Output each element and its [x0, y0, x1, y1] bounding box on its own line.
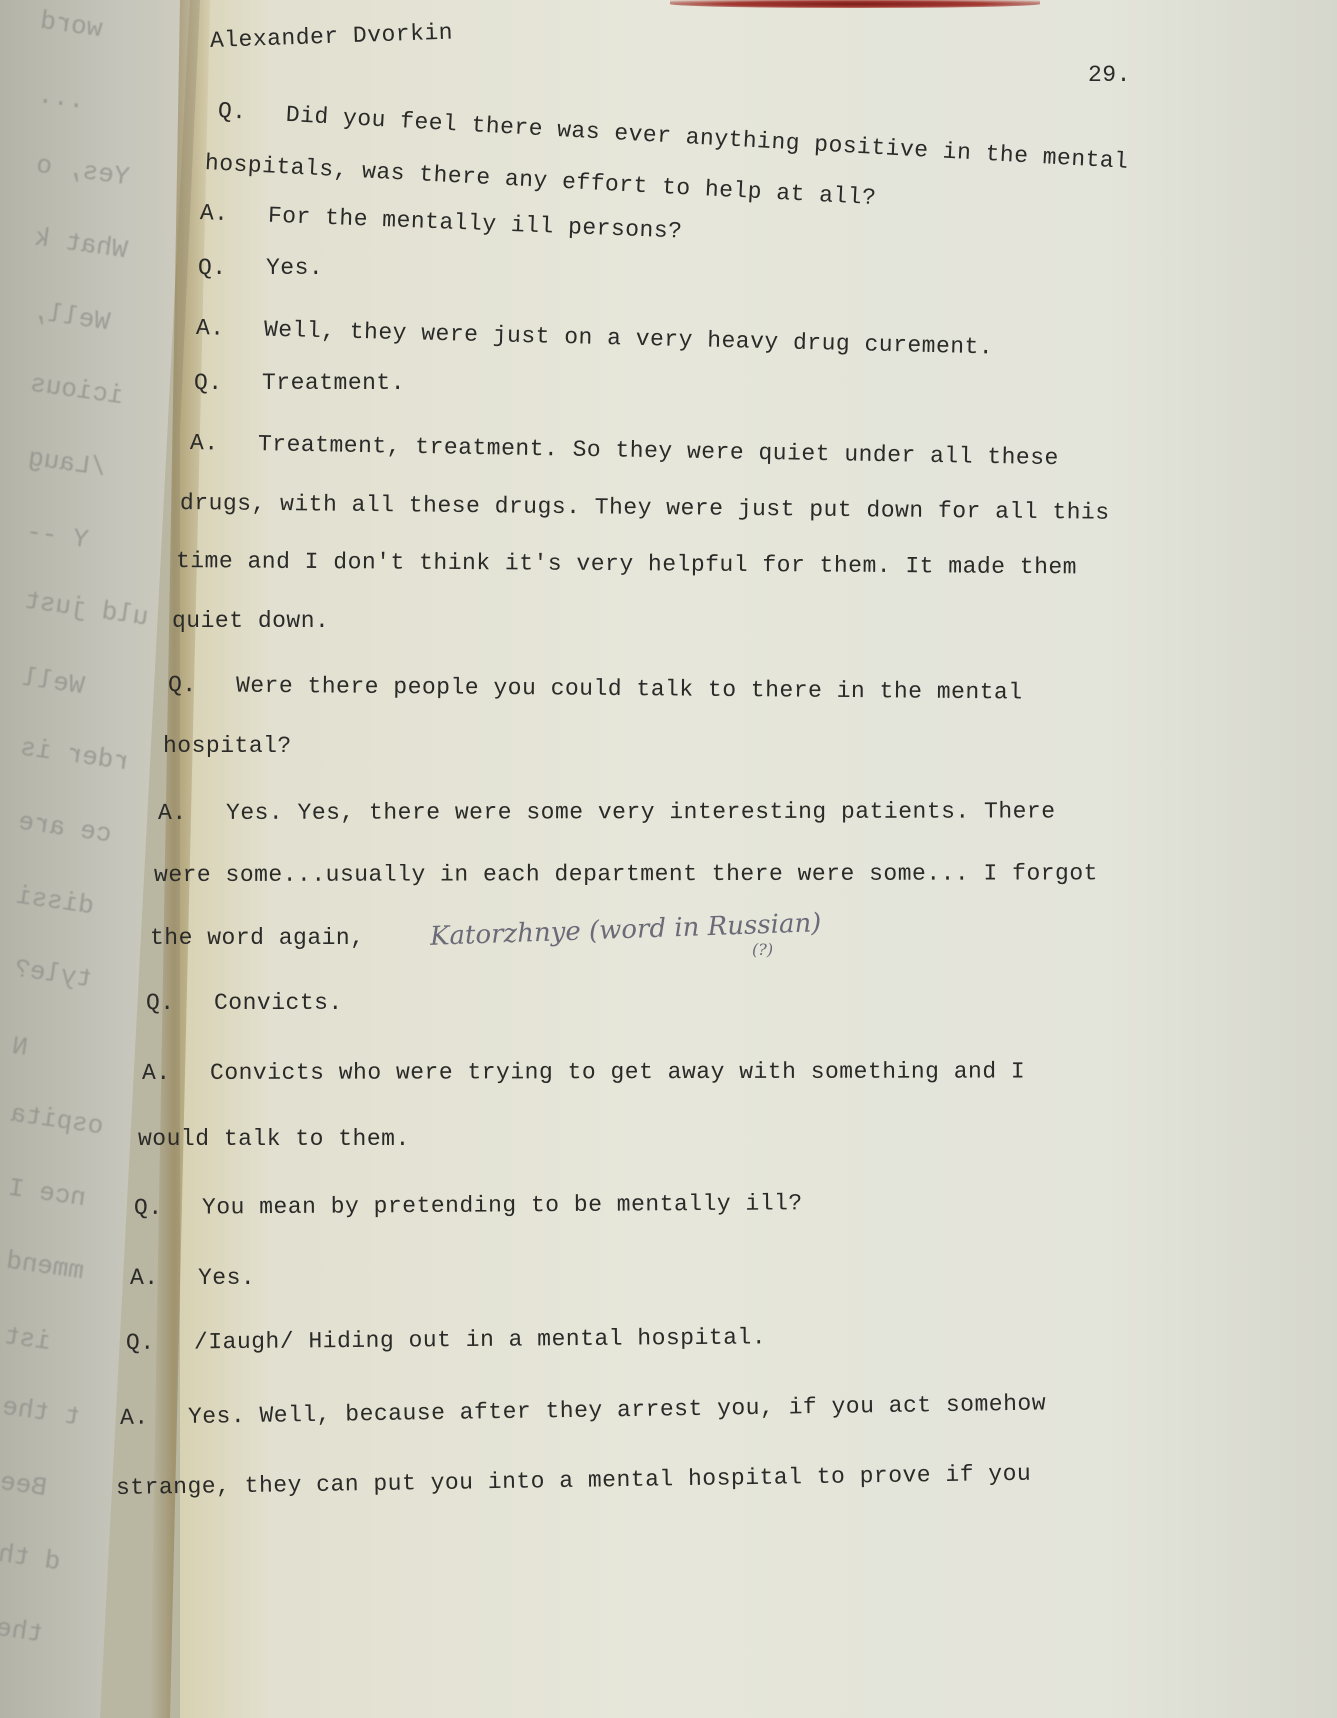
- line-text: Yes. Yes, there were some very interesti…: [226, 798, 1056, 825]
- speaker-label: Q.: [198, 255, 266, 281]
- facing-page-ghost-text: ist: [2, 1321, 53, 1357]
- speaker-label: Q.: [126, 1329, 194, 1356]
- question-line: Q.You mean by pretending to be mentally …: [134, 1190, 803, 1221]
- line-text: Convicts.: [214, 990, 343, 1016]
- question-line: Q.Convicts.: [146, 990, 343, 1016]
- facing-page-ghost-text: tyle?: [12, 954, 93, 995]
- speaker-label: A.: [190, 430, 258, 457]
- continuation-line: quiet down.: [172, 608, 329, 634]
- red-cover-edge: [670, 0, 1040, 8]
- facing-page-ghost-text: ...: [36, 80, 87, 116]
- facing-page-ghost-text: nce I: [6, 1173, 87, 1214]
- question-line: Q.Yes.: [198, 255, 323, 281]
- facing-page-ghost-text: t the: [0, 1392, 81, 1433]
- facing-page-ghost-text: Bee: [0, 1467, 49, 1503]
- facing-page-ghost-text: dissi: [14, 881, 95, 922]
- handwritten-query-mark: (?): [752, 940, 773, 959]
- line-text: hospital?: [163, 733, 292, 759]
- speaker-label: Q.: [194, 370, 262, 396]
- speaker-label: Q.: [217, 98, 286, 128]
- page-number: 29.: [1088, 62, 1131, 88]
- line-text: Yes.: [198, 1265, 255, 1291]
- facing-page-ghost-text: icious: [28, 369, 125, 412]
- facing-page-ghost-text: ce are: [16, 807, 113, 850]
- question-line: Q.Treatment.: [194, 370, 405, 396]
- speaker-label: A.: [158, 800, 226, 826]
- line-text: /Iaugh/ Hiding out in a mental hospital.: [194, 1324, 766, 1355]
- facing-page-ghost-text: What k: [32, 223, 129, 266]
- answer-line: A.Yes. Yes, there were some very interes…: [158, 798, 1056, 826]
- line-text: Convicts who were trying to get away wit…: [210, 1058, 1025, 1085]
- line-text: were some...usually in each department t…: [154, 860, 1098, 888]
- line-text: Treatment.: [262, 370, 405, 396]
- facing-page-ghost-text: uld just: [23, 585, 151, 632]
- answer-line: A.Convicts who were trying to get away w…: [142, 1058, 1025, 1086]
- speaker-label: Q.: [146, 990, 214, 1016]
- line-text: quiet down.: [172, 608, 329, 634]
- speaker-label: A.: [200, 200, 269, 229]
- line-text: the word again,: [150, 925, 365, 951]
- facing-page-ghost-text: word: [38, 6, 104, 44]
- facing-page-ghost-text: Well: [20, 663, 86, 701]
- facing-page-ghost-text: Well,: [30, 297, 111, 338]
- facing-page-ghost-text: Yes, o: [34, 150, 131, 193]
- continuation-line: would talk to them.: [138, 1126, 410, 1152]
- facing-page-ghost-text: Y --: [24, 517, 90, 555]
- continuation-line: the word again,: [150, 925, 365, 951]
- transcript-page: [180, 0, 1337, 1718]
- question-line: Q./Iaugh/ Hiding out in a mental hospita…: [126, 1324, 766, 1356]
- speaker-label: A.: [196, 315, 265, 343]
- facing-page-ghost-text: mmend: [4, 1246, 85, 1287]
- speaker-label: A.: [120, 1404, 188, 1431]
- speaker-label: A.: [142, 1060, 210, 1086]
- facing-page-ghost-text: ospita: [8, 1099, 105, 1142]
- line-text: You mean by pretending to be mentally il…: [202, 1190, 803, 1220]
- continuation-line: hospital?: [163, 733, 292, 759]
- line-text: Yes.: [266, 255, 323, 281]
- speaker-label: A.: [130, 1265, 198, 1291]
- continuation-line: were some...usually in each department t…: [154, 860, 1098, 888]
- facing-page-ghost-text: d th: [0, 1539, 62, 1577]
- speaker-label: Q.: [168, 672, 236, 699]
- facing-page-ghost-text: rder is: [18, 733, 130, 778]
- answer-line: A.Yes.: [130, 1265, 255, 1291]
- facing-page-ghost-text: N: [10, 1031, 30, 1063]
- facing-page-ghost-text: /Laug: [26, 443, 107, 484]
- facing-page-ghost-text: the: [0, 1613, 45, 1649]
- speaker-label: Q.: [134, 1195, 202, 1221]
- line-text: would talk to them.: [138, 1126, 410, 1152]
